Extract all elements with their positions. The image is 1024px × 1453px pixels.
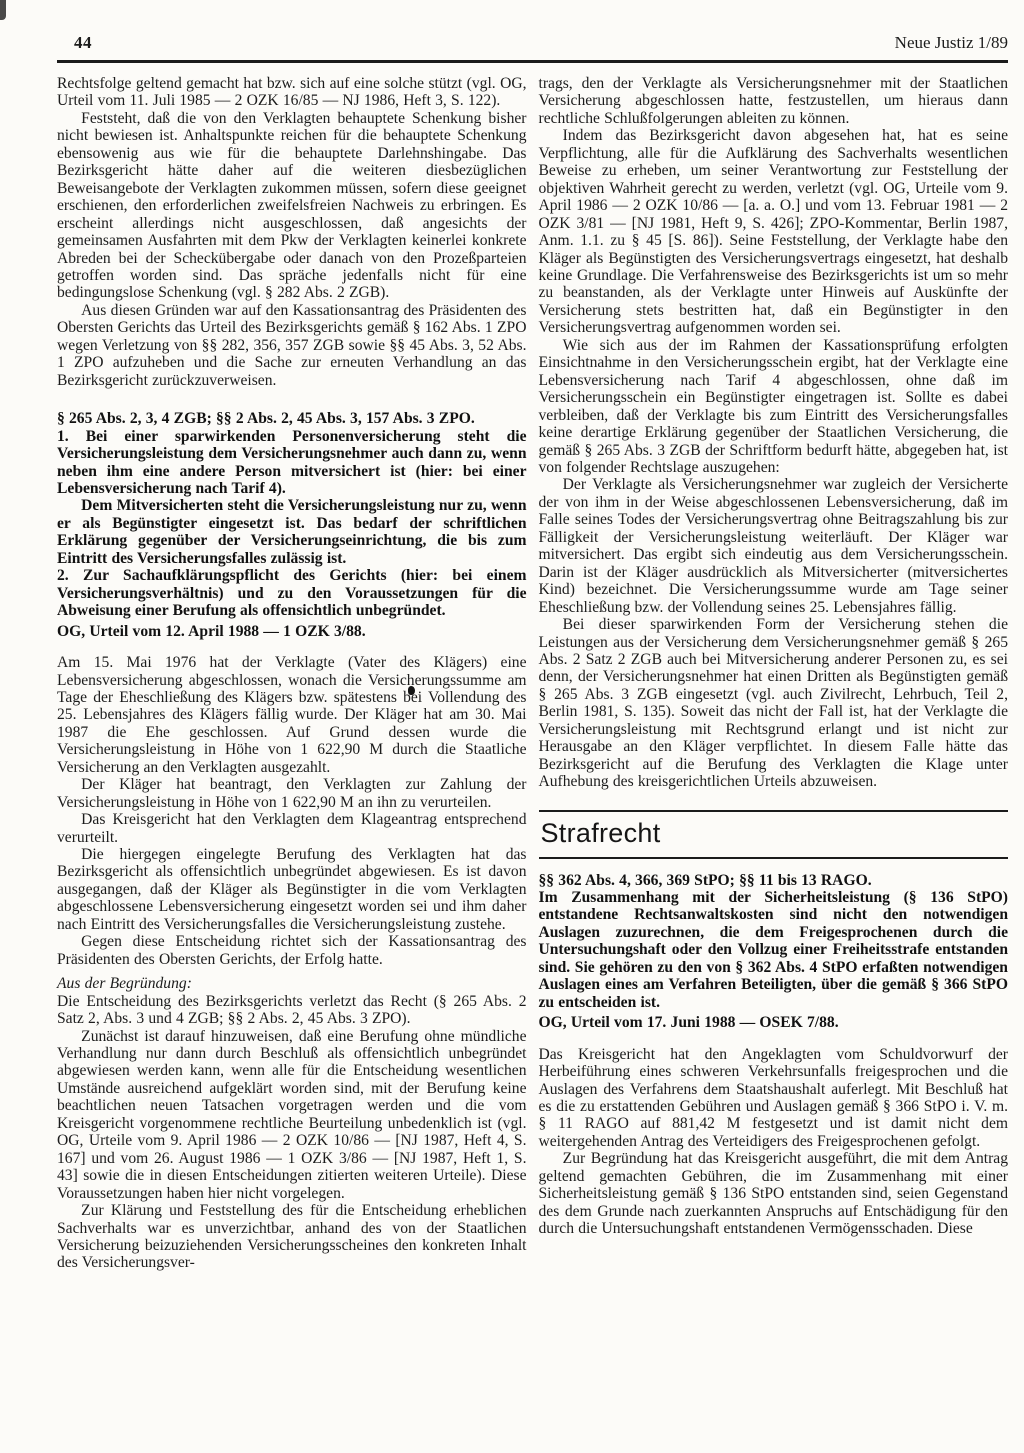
case-report-paragraph: Gegen diese Entscheidung richtet sich de…: [57, 933, 527, 968]
headnote-paragraph: Dem Mitversicherten steht die Versicheru…: [57, 497, 527, 567]
case-report-paragraph: Das Kreisgericht hat den Verklagten dem …: [57, 811, 527, 846]
journal-page: 44 Neue Justiz 1/89 Rechtsfolge geltend …: [0, 0, 1024, 1453]
case-report-paragraph: Das Kreisgericht hat den Angeklagten vom…: [539, 1046, 1009, 1151]
body-paragraph: Indem das Bezirksgericht davon abgesehen…: [539, 127, 1009, 336]
right-column: trags, den der Verklagte als Versicherun…: [539, 75, 1009, 1272]
page-number: 44: [57, 33, 92, 53]
continuation-paragraph: trags, den der Verklagte als Versicherun…: [539, 75, 1009, 127]
case-reference: OG, Urteil vom 17. Juni 1988 — OSEK 7/88…: [539, 1014, 1009, 1031]
strafrecht-section: Strafrecht: [539, 810, 1009, 859]
headnote-paragraph: Im Zusammenhang mit der Sicherheitsleist…: [539, 889, 1009, 1011]
headnote-paragraph: 1. Bei einer sparwirkenden Personenversi…: [57, 428, 527, 498]
case-reference: OG, Urteil vom 12. April 1988 — 1 OZK 3/…: [57, 623, 527, 640]
case-report-paragraph: Am 15. Mai 1976 hat der Verklagte (Vater…: [57, 654, 527, 776]
case-report-paragraph: Der Kläger hat beantragt, den Verklagten…: [57, 776, 527, 811]
statute-headnote: §§ 362 Abs. 4, 366, 369 StPO; §§ 11 bis …: [539, 872, 1009, 889]
section-rule-bottom: [539, 857, 1009, 859]
body-paragraph: Der Verklagte als Versicherungsnehmer wa…: [539, 476, 1009, 616]
body-paragraph: Aus diesen Gründen war auf den Kassation…: [57, 302, 527, 389]
begruendung-paragraph: Zur Klärung und Feststellung des für die…: [57, 1202, 527, 1272]
continuation-paragraph: Rechtsfolge geltend gemacht hat bzw. sic…: [57, 75, 527, 110]
journal-title: Neue Justiz 1/89: [895, 33, 1008, 53]
section-title: Strafrecht: [539, 812, 1009, 857]
page-header: 44 Neue Justiz 1/89: [57, 33, 1008, 53]
case-report-paragraph: Die hiergegen eingelegte Berufung des Ve…: [57, 846, 527, 933]
header-rule: [57, 60, 1008, 63]
body-paragraph: Feststeht, daß die von den Verklagten be…: [57, 110, 527, 302]
body-paragraph: Bei dieser sparwirkenden Form der Versic…: [539, 616, 1009, 791]
scan-artifact: [0, 0, 6, 20]
begruendung-paragraph: Zunächst ist darauf hinzuweisen, daß ein…: [57, 1028, 527, 1203]
headnote-paragraph: 2. Zur Sachaufklärungspflicht des Gerich…: [57, 567, 527, 619]
begruendung-paragraph: Die Entscheidung des Bezirksgerichts ver…: [57, 993, 527, 1028]
case-report-paragraph: Zur Begründung hat das Kreisgericht ausg…: [539, 1150, 1009, 1237]
text-columns: Rechtsfolge geltend gemacht hat bzw. sic…: [57, 75, 1008, 1272]
body-paragraph: Wie sich aus der im Rahmen der Kassation…: [539, 337, 1009, 477]
begruendung-label: Aus der Begründung:: [57, 975, 527, 992]
statute-headnote: § 265 Abs. 2, 3, 4 ZGB; §§ 2 Abs. 2, 45 …: [57, 410, 527, 427]
left-column: Rechtsfolge geltend gemacht hat bzw. sic…: [57, 75, 527, 1272]
